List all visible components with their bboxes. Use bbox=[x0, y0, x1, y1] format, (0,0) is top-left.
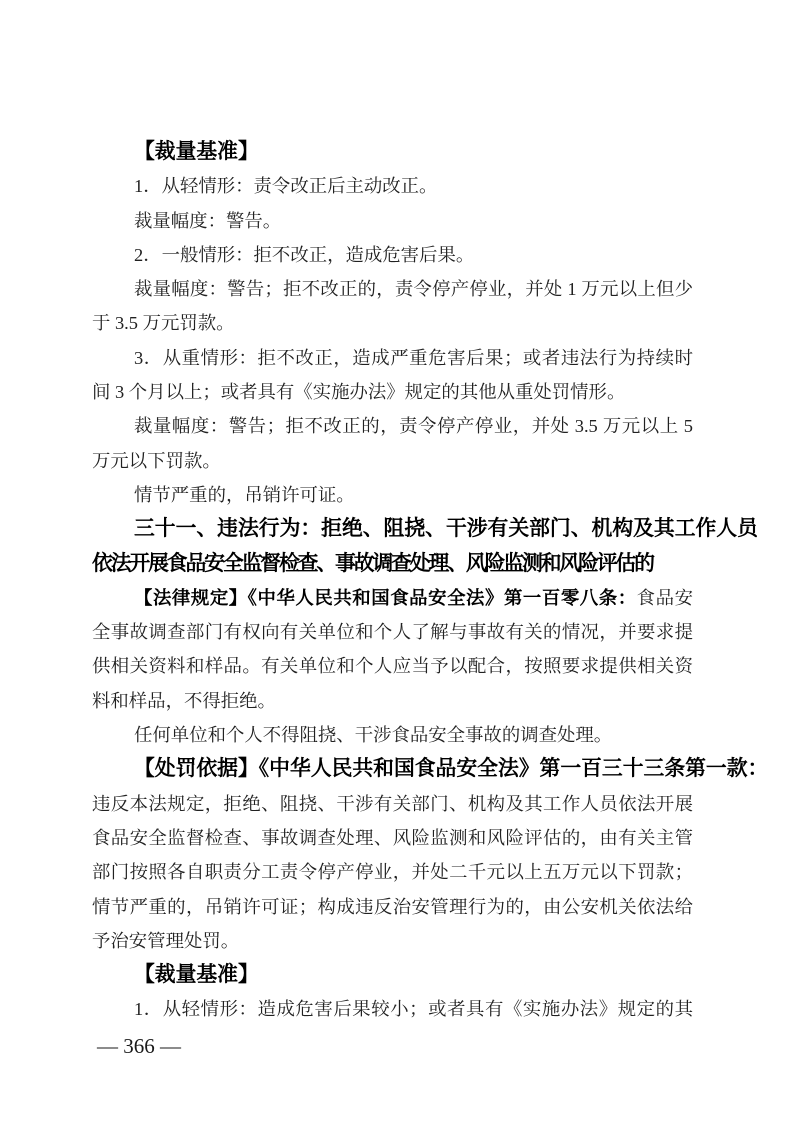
text-line: 全事故调查部门有权向有关单位和个人了解与事故有关的情况，并要求提 bbox=[92, 615, 693, 649]
text-line: 3．从重情形：拒不改正，造成严重危害后果；或者违法行为持续时 bbox=[92, 341, 693, 375]
line-text-segment: 情节严重的，吊销许可证。 bbox=[134, 485, 355, 505]
text-line: 情节严重的，吊销许可证。 bbox=[92, 478, 693, 512]
page-number-footer: — 366 — bbox=[97, 1031, 181, 1061]
line-text-segment: 依法开展食品安全监督检查、事故调查处理、风险监测和风险评估的 bbox=[92, 552, 653, 575]
text-line: 情节严重的，吊销许可证；构成违反治安管理行为的，由公安机关依法给 bbox=[92, 890, 693, 924]
line-text-segment: 供相关资料和样品。有关单位和个人应当予以配合，按照要求提供相关资 bbox=[92, 656, 693, 676]
line-text-segment: 裁量幅度：警告。 bbox=[134, 211, 281, 231]
text-line: 间 3 个月以上；或者具有《实施办法》规定的其他从重处罚情形。 bbox=[92, 375, 693, 409]
line-text-segment: 3．从重情形：拒不改正，造成严重危害后果；或者违法行为持续时 bbox=[134, 348, 693, 368]
text-line: 1．从轻情形：造成危害后果较小；或者具有《实施办法》规定的其 bbox=[92, 992, 693, 1026]
text-line: 万元以下罚款。 bbox=[92, 444, 693, 478]
line-text-segment: 万元以下罚款。 bbox=[92, 451, 221, 471]
line-text-segment: 于 3.5 万元罚款。 bbox=[92, 313, 235, 333]
text-line: 食品安全监督检查、事故调查处理、风险监测和风险评估的，由有关主管 bbox=[92, 821, 693, 855]
line-text-segment: 1．从轻情形：造成危害后果较小；或者具有《实施办法》规定的其 bbox=[134, 999, 693, 1019]
text-line: 【处罚依据】《中华人民共和国食品安全法》第一百三十三条第一款： bbox=[92, 752, 693, 786]
text-line: 【裁量基准】 bbox=[92, 135, 693, 169]
line-text-segment: 全事故调查部门有权向有关单位和个人了解与事故有关的情况，并要求提 bbox=[92, 622, 693, 642]
text-line: 1．从轻情形：责令改正后主动改正。 bbox=[92, 169, 693, 203]
line-text-segment: 三十一、违法行为：拒绝、阻挠、干涉有关部门、机构及其工作人员 bbox=[134, 517, 758, 540]
text-line: 三十一、违法行为：拒绝、阻挠、干涉有关部门、机构及其工作人员 bbox=[92, 512, 693, 546]
text-line: 部门按照各自职责分工责令停产停业，并处二千元以上五万元以下罚款； bbox=[92, 855, 693, 889]
line-text-segment: 2．一般情形：拒不改正，造成危害后果。 bbox=[134, 245, 474, 265]
line-text-segment: 【裁量基准】 bbox=[134, 963, 259, 986]
text-line: 2．一般情形：拒不改正，造成危害后果。 bbox=[92, 238, 693, 272]
line-text-segment: 情节严重的，吊销许可证；构成违反治安管理行为的，由公安机关依法给 bbox=[92, 897, 693, 917]
document-body: 【裁量基准】1．从轻情形：责令改正后主动改正。裁量幅度：警告。2．一般情形：拒不… bbox=[92, 135, 693, 1027]
line-text-segment: 裁量幅度：警告；拒不改正的，责令停产停业，并处 3.5 万元以上 5 bbox=[134, 416, 693, 436]
text-line: 料和样品，不得拒绝。 bbox=[92, 684, 693, 718]
line-text-segment: 【裁量基准】 bbox=[134, 140, 259, 163]
text-line: 裁量幅度：警告。 bbox=[92, 204, 693, 238]
text-line: 违反本法规定，拒绝、阻挠、干涉有关部门、机构及其工作人员依法开展 bbox=[92, 787, 693, 821]
line-text-segment: 1．从轻情形：责令改正后主动改正。 bbox=[134, 176, 437, 196]
line-text-segment: 部门按照各自职责分工责令停产停业，并处二千元以上五万元以下罚款； bbox=[92, 862, 693, 882]
line-text-segment: 间 3 个月以上；或者具有《实施办法》规定的其他从重处罚情形。 bbox=[92, 382, 625, 402]
text-line: 【法律规定】《中华人民共和国食品安全法》第一百零八条：食品安 bbox=[92, 581, 693, 615]
line-text-segment: 违反本法规定，拒绝、阻挠、干涉有关部门、机构及其工作人员依法开展 bbox=[92, 794, 693, 814]
text-line: 依法开展食品安全监督检查、事故调查处理、风险监测和风险评估的 bbox=[92, 547, 693, 581]
line-text-segment: 裁量幅度：警告；拒不改正的，责令停产停业，并处 1 万元以上但少 bbox=[134, 279, 693, 299]
text-line: 裁量幅度：警告；拒不改正的，责令停产停业，并处 3.5 万元以上 5 bbox=[92, 409, 693, 443]
text-line: 【裁量基准】 bbox=[92, 958, 693, 992]
text-line: 于 3.5 万元罚款。 bbox=[92, 306, 693, 340]
text-line: 裁量幅度：警告；拒不改正的，责令停产停业，并处 1 万元以上但少 bbox=[92, 272, 693, 306]
line-text-segment: 【处罚依据】《中华人民共和国食品安全法》第一百三十三条第一款： bbox=[134, 757, 768, 780]
line-text-segment: 任何单位和个人不得阻挠、干涉食品安全事故的调查处理。 bbox=[134, 725, 612, 745]
line-text-segment: 料和样品，不得拒绝。 bbox=[92, 691, 276, 711]
text-line: 任何单位和个人不得阻挠、干涉食品安全事故的调查处理。 bbox=[92, 718, 693, 752]
document-page: 【裁量基准】1．从轻情形：责令改正后主动改正。裁量幅度：警告。2．一般情形：拒不… bbox=[0, 0, 793, 1122]
text-line: 供相关资料和样品。有关单位和个人应当予以配合，按照要求提供相关资 bbox=[92, 649, 693, 683]
line-text-segment: 【法律规定】《中华人民共和国食品安全法》第一百零八条： bbox=[134, 588, 637, 608]
line-text-segment: 食品安 bbox=[637, 588, 693, 608]
text-line: 予治安管理处罚。 bbox=[92, 924, 693, 958]
line-text-segment: 予治安管理处罚。 bbox=[92, 931, 239, 951]
line-text-segment: 食品安全监督检查、事故调查处理、风险监测和风险评估的，由有关主管 bbox=[92, 828, 693, 848]
